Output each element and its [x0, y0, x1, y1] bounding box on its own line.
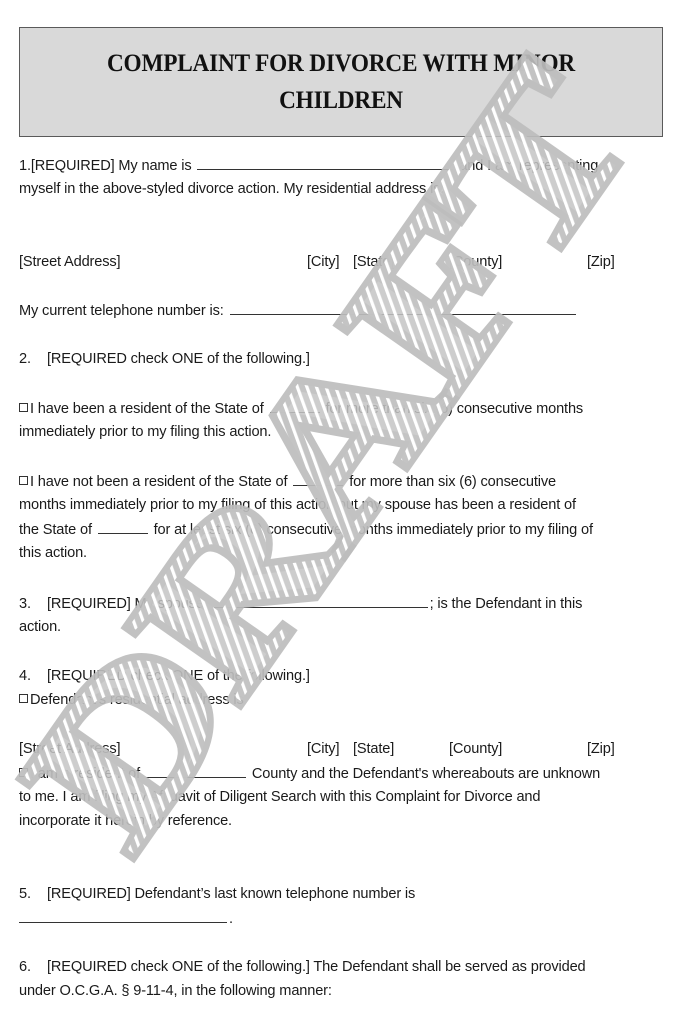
section3-line2: action.: [19, 617, 61, 637]
state-label: [State]: [353, 739, 394, 759]
section4-heading: 4.[REQUIRED check ONE of the following.]: [19, 666, 310, 686]
section5-line2: .: [19, 908, 233, 929]
county-field[interactable]: [146, 763, 246, 778]
section1-text: and I am representing: [459, 158, 598, 174]
section2-option2-line2: months immediately prior to my filing of…: [19, 495, 576, 515]
document-page: COMPLAINT FOR DIVORCE WITH MINOR CHILDRE…: [0, 0, 682, 1024]
section-number: 2.: [19, 349, 47, 369]
zip-label: [Zip]: [587, 252, 615, 272]
defendant-address-labels-row: [Street Address] [City] [State] [County]…: [19, 739, 679, 759]
section5-line1: 5.[REQUIRED] Defendant’s last known tele…: [19, 884, 415, 904]
section4-option2-line3: incorporate it herein by reference.: [19, 811, 232, 831]
checkbox-resident-state[interactable]: [19, 403, 28, 412]
option-text: Defendant’s residential address is: [30, 692, 244, 708]
section2-heading: 2.[REQUIRED check ONE of the following.]: [19, 349, 310, 369]
address-labels-row: [Street Address] [City] [State] [County]…: [19, 252, 679, 272]
zip-label: [Zip]: [587, 739, 615, 759]
option-text: for more than six (6) consecutive months: [325, 401, 583, 417]
checkbox-defendant-address[interactable]: [19, 694, 28, 703]
section4-option2-line1: I am a resident of County and the Defend…: [19, 763, 600, 784]
section6-text: [REQUIRED check ONE of the following.] T…: [47, 959, 586, 975]
section3-text: [REQUIRED] My spouse,: [47, 596, 208, 612]
section5-text: .: [229, 911, 233, 927]
section-number: 5.: [19, 884, 47, 904]
section6-line1: 6.[REQUIRED check ONE of the following.]…: [19, 957, 586, 977]
state-field-3[interactable]: [98, 519, 148, 534]
street-address-label: [Street Address]: [19, 252, 120, 272]
section1-text: 1.[REQUIRED] My name is: [19, 158, 192, 174]
phone-line: My current telephone number is:: [19, 300, 578, 321]
section1-line2: myself in the above-styled divorce actio…: [19, 179, 444, 199]
option-text: I have not been a resident of the State …: [30, 474, 287, 490]
section3-text: ; is the Defendant in this: [430, 596, 583, 612]
section4-option2-line2: to me. I am filing my Affidavit of Dilig…: [19, 787, 540, 807]
checkbox-whereabouts-unknown[interactable]: [19, 768, 28, 777]
county-label: [County]: [449, 739, 502, 759]
option-text: for more than six (6) consecutive: [349, 474, 556, 490]
section6-line2: under O.C.G.A. § 9-11-4, in the followin…: [19, 981, 332, 1001]
state-label: [State]: [353, 252, 394, 272]
county-label: [County]: [449, 252, 502, 272]
section5-text: [REQUIRED] Defendant’s last known teleph…: [47, 886, 415, 902]
option-text: County and the Defendant's whereabouts a…: [252, 766, 600, 782]
city-label: [City]: [307, 739, 339, 759]
state-field-2[interactable]: [293, 471, 343, 486]
section-number: 3.: [19, 594, 47, 614]
checkbox-spouse-resident[interactable]: [19, 476, 28, 485]
section-number: 4.: [19, 666, 47, 686]
section2-heading-text: [REQUIRED check ONE of the following.]: [47, 351, 310, 367]
option-text: I have been a resident of the State of: [30, 401, 264, 417]
phone-field[interactable]: [230, 300, 576, 315]
document-title: COMPLAINT FOR DIVORCE WITH MINOR CHILDRE…: [42, 45, 639, 119]
section2-option2-line4: this action.: [19, 543, 87, 563]
phone-label: My current telephone number is:: [19, 303, 224, 319]
section3-line1: 3.[REQUIRED] My spouse, ; is the Defenda…: [19, 593, 582, 614]
name-field[interactable]: [197, 155, 453, 170]
section2-option2-line1: I have not been a resident of the State …: [19, 471, 556, 492]
defendant-phone-field[interactable]: [19, 908, 227, 923]
section-number: 6.: [19, 957, 47, 977]
option-text: I am a resident of: [30, 766, 140, 782]
title-box: COMPLAINT FOR DIVORCE WITH MINOR CHILDRE…: [19, 27, 663, 137]
option-text: the State of: [19, 522, 92, 538]
street-address-label: [Street Address]: [19, 739, 120, 759]
section4-option1: Defendant’s residential address is: [19, 690, 244, 710]
section1-line1: 1.[REQUIRED] My name is and I am represe…: [19, 155, 598, 176]
section2-option1-line1: I have been a resident of the State of f…: [19, 398, 583, 419]
section4-heading-text: [REQUIRED check ONE of the following.]: [47, 668, 310, 684]
section2-option2-line3: the State of for at least six (6) consec…: [19, 519, 593, 540]
option-text: for at least six (6) consecutive months …: [154, 522, 593, 538]
state-field-1[interactable]: [270, 398, 320, 413]
section2-option1-line2: immediately prior to my filing this acti…: [19, 422, 271, 442]
spouse-name-field[interactable]: [214, 593, 428, 608]
city-label: [City]: [307, 252, 339, 272]
